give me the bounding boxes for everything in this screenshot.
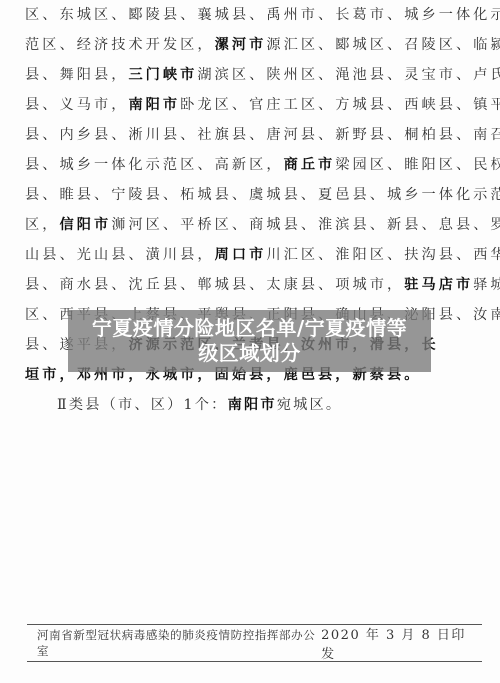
text-line-7: 县、睢县、宁陵县、柘城县、虞城县、夏邑县、城乡一体化示范 [25, 180, 485, 210]
text-segment: 川汇区、淮阳区、扶沟县、西华 [266, 247, 500, 263]
text-segment: 县、舞阳县， [25, 67, 128, 83]
text-segment: 山县、光山县、潢川县， [25, 247, 215, 263]
text-segment: 驿城 [473, 277, 500, 293]
text-line-3: 县、舞阳县，三门峡市湖滨区、陕州区、渑池县、灵宝市、卢氏 [25, 60, 485, 90]
city-name-nanyang: 南阳市 [128, 97, 180, 113]
text-line-6: 县、城乡一体化示范区、高新区，商丘市梁园区、睢阳区、民权 [25, 150, 485, 180]
city-name-nanyang: 南阳市 [228, 397, 277, 413]
document-page: 区、东城区、郾陵县、襄城县、禹州市、长葛市、城乡一体化示 范区、经济技术开发区，… [0, 0, 500, 683]
text-segment: 宛城区。 [277, 397, 343, 413]
city-name-zhumadian: 驻马店市 [404, 277, 473, 293]
text-line-10: 县、商水县、沈丘县、郸城县、太康县、项城市，驻马店市驿城 [25, 270, 485, 300]
text-line-5: 县、内乡县、淅川县、社旗县、唐河县、新野县、桐柏县、南召 [25, 120, 485, 150]
title-overlay-banner: 宁夏疫情分险地区名单/宁夏疫情等 级区域划分 [68, 310, 431, 372]
city-name-zhoukou: 周口市 [215, 247, 267, 263]
city-name-xinyang: 信阳市 [59, 217, 111, 233]
text-segment: 湖滨区、陕州区、渑池县、灵宝市、卢氏 [197, 67, 500, 83]
text-segment: 源汇区、郾城区、召陵区、临颍 [266, 37, 500, 53]
text-segment: 区、东城区、郾陵县、襄城县、禹州市、长葛市、城乡一体化示 [25, 7, 500, 23]
text-line-8: 区，信阳市浉河区、平桥区、商城县、淮滨县、新县、息县、罗 [25, 210, 485, 240]
text-line-2: 范区、经济技术开发区，漯河市源汇区、郾城区、召陵区、临颍 [25, 30, 485, 60]
text-segment: 范区、经济技术开发区， [25, 37, 215, 53]
text-line-1: 区、东城区、郾陵县、襄城县、禹州市、长葛市、城乡一体化示 [25, 0, 485, 30]
document-footer: 河南省新型冠状病毒感染的肺炎疫情防控指挥部办公室 2020 年 3 月 8 日印… [37, 630, 477, 656]
text-segment: 县、睢县、宁陵县、柘城县、虞城县、夏邑县、城乡一体化示范 [25, 187, 500, 203]
text-segment: 县、内乡县、淅川县、社旗县、唐河县、新野县、桐柏县、南召 [25, 127, 500, 143]
text-segment: 梁园区、睢阳区、民权 [335, 157, 500, 173]
city-name-sanmenxia: 三门峡市 [128, 67, 197, 83]
text-line-9: 山县、光山县、潢川县，周口市川汇区、淮阳区、扶沟县、西华 [25, 240, 485, 270]
text-segment: 县、商水县、沈丘县、郸城县、太康县、项城市， [25, 277, 404, 293]
city-name-luohe: 漯河市 [215, 37, 267, 53]
city-name-shangqiu: 商丘市 [284, 157, 336, 173]
footer-bottom-rule [27, 661, 482, 662]
overlay-title-line-2: 级区域划分 [198, 341, 301, 366]
text-segment: 浉河区、平桥区、商城县、淮滨县、新县、息县、罗 [111, 217, 500, 233]
issuing-office: 河南省新型冠状病毒感染的肺炎疫情防控指挥部办公室 [37, 627, 321, 659]
issue-date: 2020 年 3 月 8 日印发 [321, 624, 477, 662]
text-segment: 区， [25, 217, 59, 233]
text-segment: 县、城乡一体化示范区、高新区， [25, 157, 284, 173]
text-segment: 卧龙区、官庄工区、方城县、西峡县、镇平 [180, 97, 500, 113]
class-ii-label: Ⅱ类县（市、区）1个： [57, 397, 228, 413]
text-line-4: 县、义马市，南阳市卧龙区、官庄工区、方城县、西峡县、镇平 [25, 90, 485, 120]
text-segment: 县、义马市， [25, 97, 128, 113]
class-ii-heading-line: Ⅱ类县（市、区）1个：南阳市宛城区。 [25, 390, 485, 420]
overlay-title-line-1: 宁夏疫情分险地区名单/宁夏疫情等 [92, 316, 407, 341]
